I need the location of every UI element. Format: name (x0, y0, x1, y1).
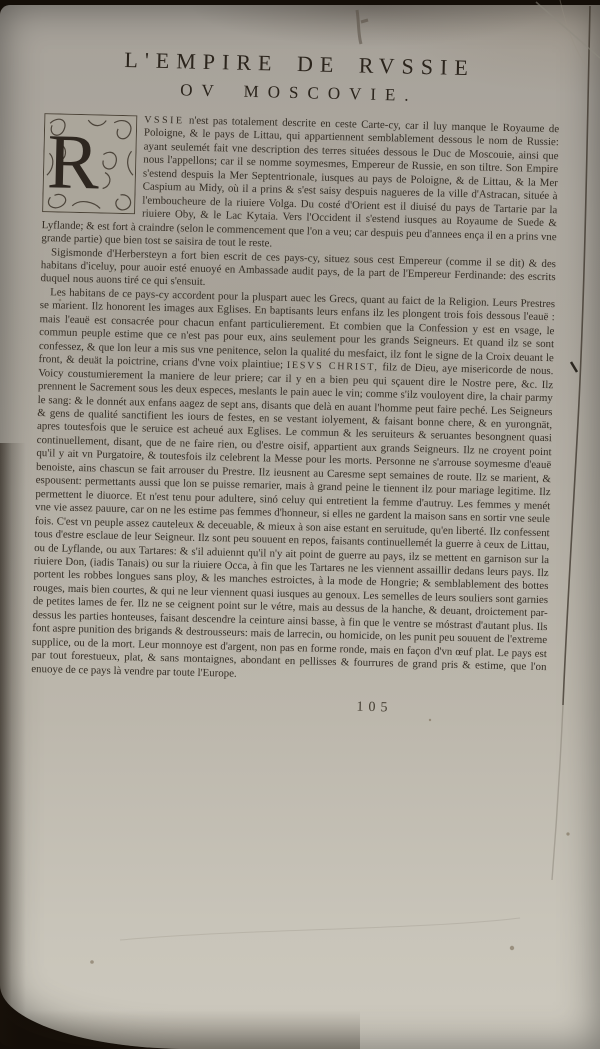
slash-speck-mark (571, 362, 577, 372)
ink-smudge-mark (357, 10, 368, 44)
foxing-specks (59, 299, 570, 964)
page-edge-line-fade (552, 705, 563, 880)
paper-crease-line (120, 918, 520, 940)
fold-crease-secondary-icon (560, 0, 586, 66)
page-edge-line (563, 6, 590, 705)
book-photo: L'EMPIRE DE RVSSIE OV MOSCOVIE. (0, 0, 600, 1049)
scan-artifacts-overlay (0, 0, 600, 1049)
